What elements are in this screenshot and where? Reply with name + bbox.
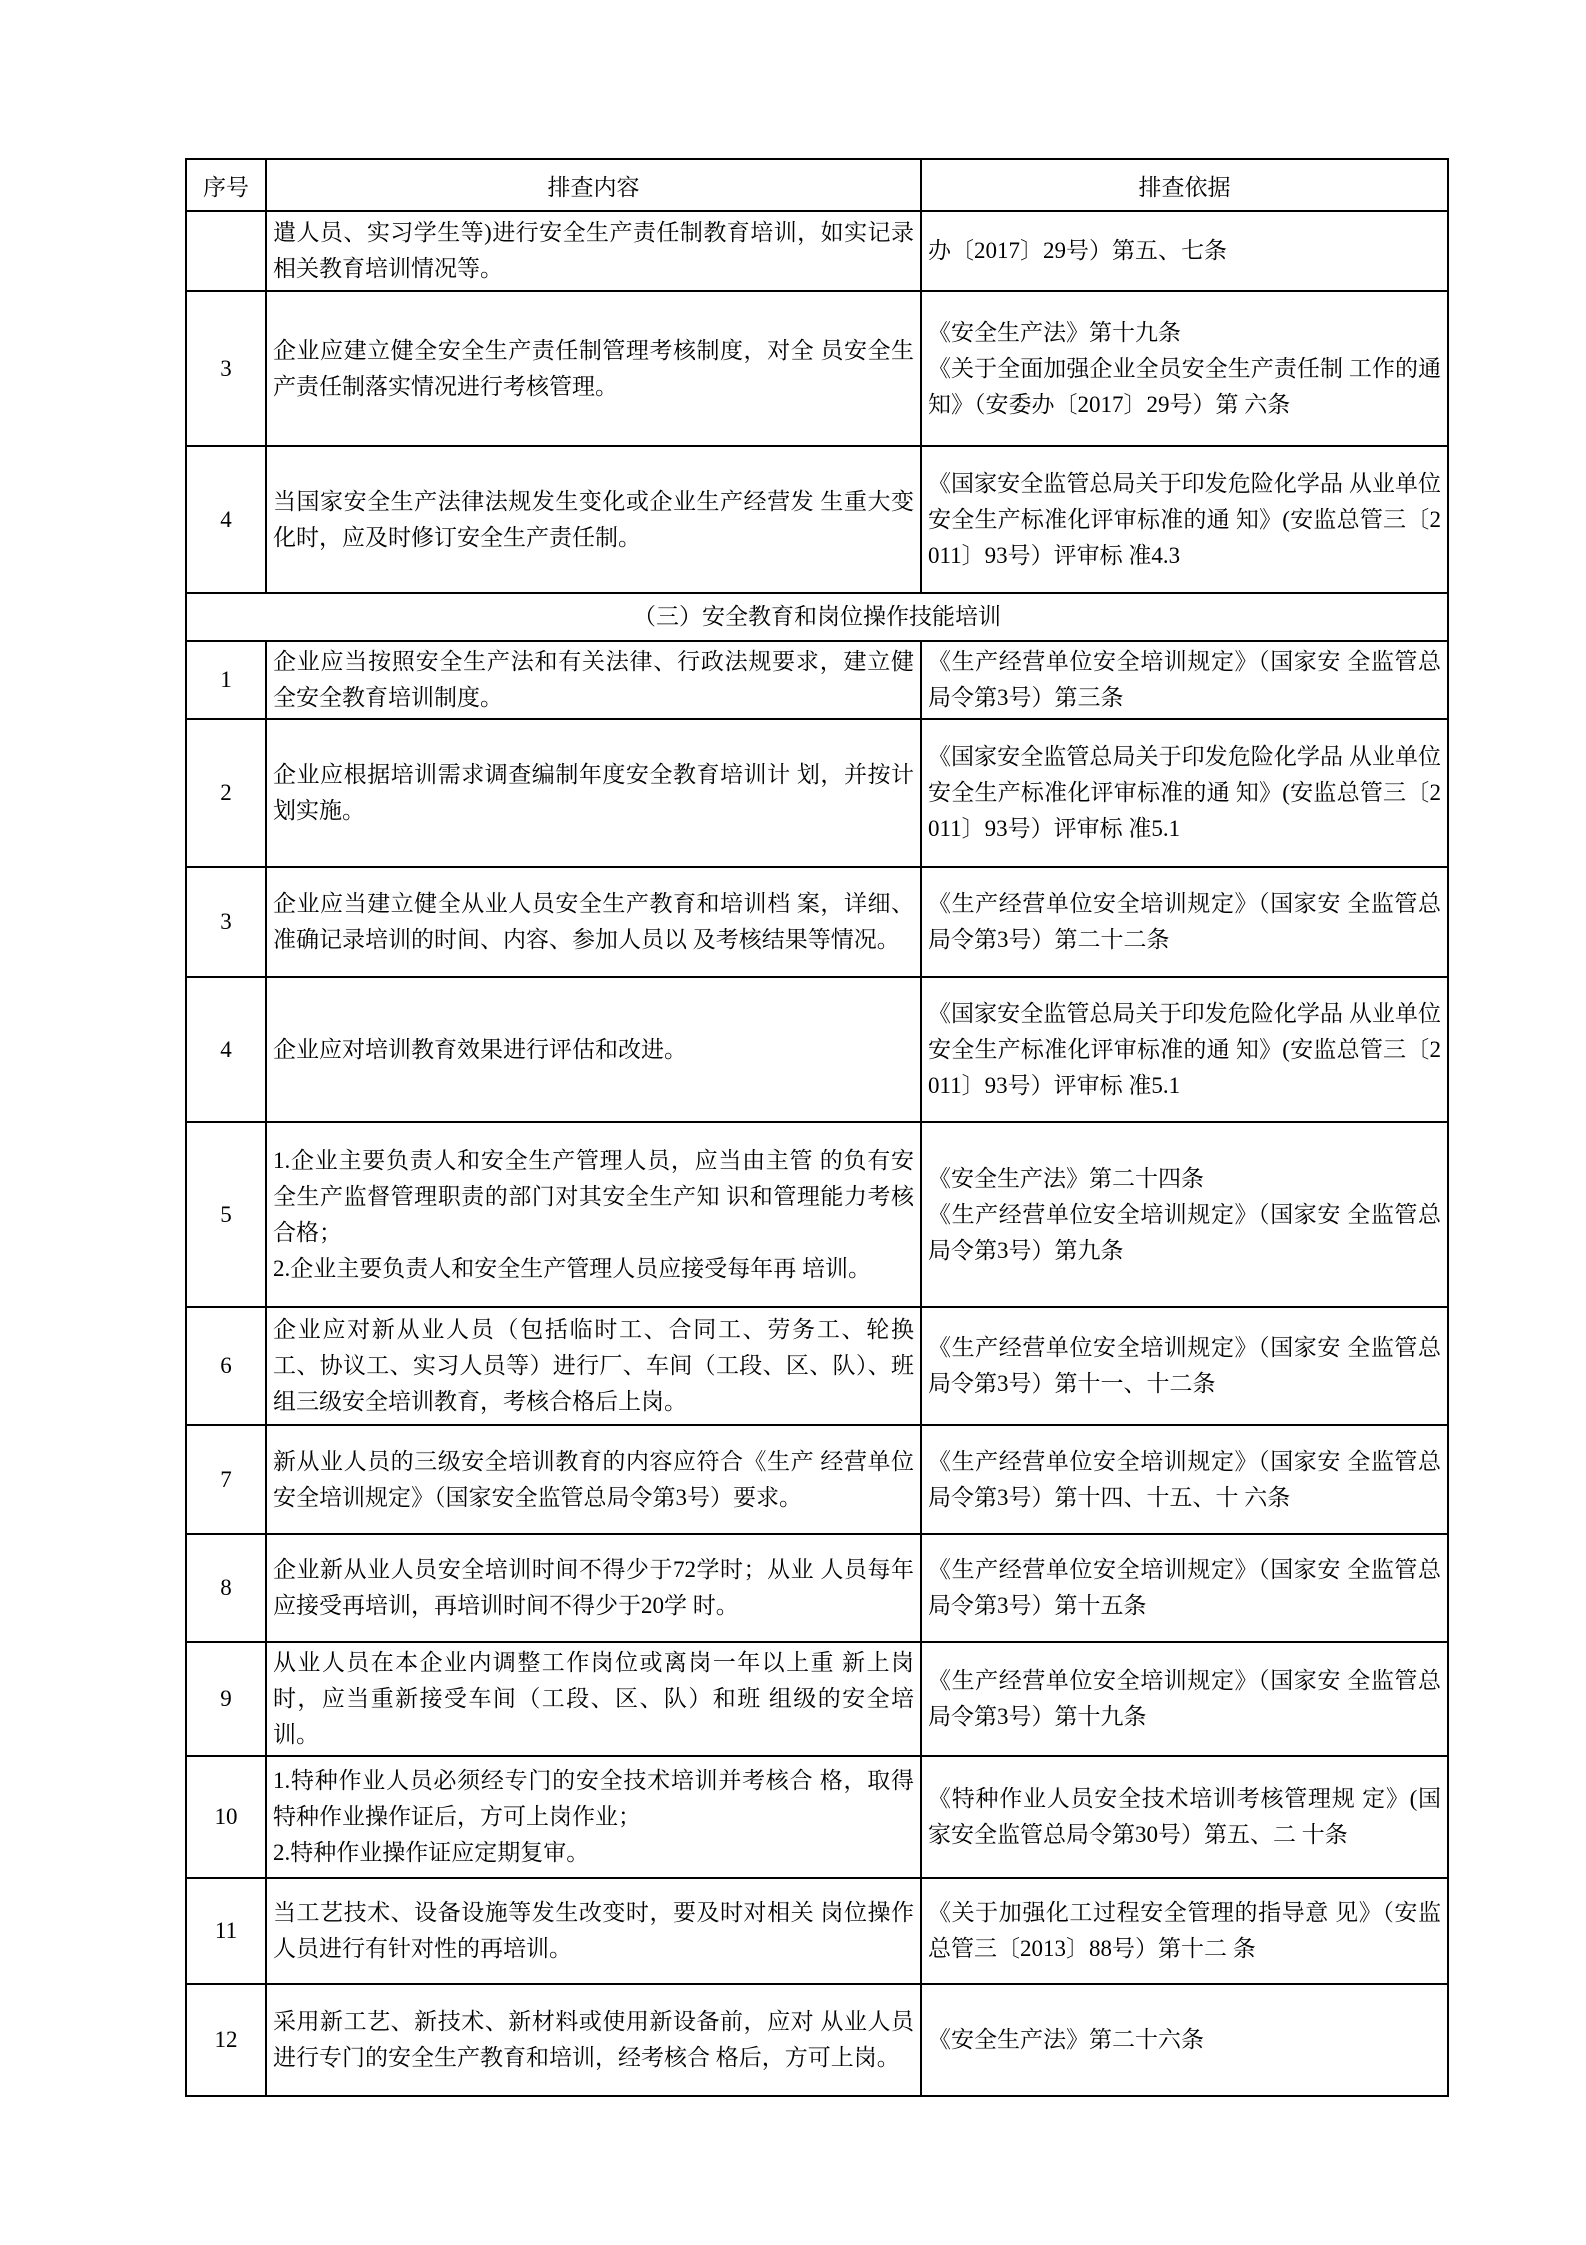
- row-number: 6: [186, 1307, 266, 1425]
- table-row: 1企业应当按照安全生产法和有关法律、行政法规要求，建立健全安全教育培训制度。《生…: [186, 641, 1448, 719]
- row-basis: 《安全生产法》第二十四条 《生产经营单位安全培训规定》（国家安 全监管总局令第3…: [921, 1122, 1448, 1307]
- row-basis: 《安全生产法》第十九条 《关于全面加强企业全员安全生产责任制 工作的通知》（安委…: [921, 291, 1448, 446]
- section-row: （三）安全教育和岗位操作技能培训: [186, 593, 1448, 641]
- row-number: 11: [186, 1878, 266, 1984]
- table-row: 11当工艺技术、设备设施等发生改变时，要及时对相关 岗位操作人员进行有针对性的再…: [186, 1878, 1448, 1984]
- row-basis: 《国家安全监管总局关于印发危险化学品 从业单位安全生产标准化评审标准的通 知》(…: [921, 446, 1448, 593]
- row-basis: 《生产经营单位安全培训规定》（国家安 全监管总局令第3号）第三条: [921, 641, 1448, 719]
- row-number: 4: [186, 977, 266, 1122]
- table-row: 51.企业主要负责人和安全生产管理人员，应当由主管 的负有安全生产监督管理职责的…: [186, 1122, 1448, 1307]
- row-number: 1: [186, 641, 266, 719]
- row-basis: 《生产经营单位安全培训规定》（国家安 全监管总局令第3号）第二十二条: [921, 867, 1448, 977]
- row-content: 企业应根据培训需求调查编制年度安全教育培训计 划，并按计划实施。: [266, 719, 921, 867]
- row-basis: 《特种作业人员安全技术培训考核管理规 定》(国家安全监管总局令第30号）第五、二…: [921, 1756, 1448, 1878]
- row-basis: 《国家安全监管总局关于印发危险化学品 从业单位安全生产标准化评审标准的通 知》(…: [921, 719, 1448, 867]
- row-content: 1.企业主要负责人和安全生产管理人员，应当由主管 的负有安全生产监督管理职责的部…: [266, 1122, 921, 1307]
- row-basis: 《生产经营单位安全培训规定》（国家安 全监管总局令第3号）第十四、十五、十 六条: [921, 1425, 1448, 1534]
- table-row: 12采用新工艺、新技术、新材料或使用新设备前，应对 从业人员进行专门的安全生产教…: [186, 1984, 1448, 2096]
- row-content: 从业人员在本企业内调整工作岗位或离岗一年以上重 新上岗时，应当重新接受车间（工段…: [266, 1642, 921, 1756]
- header-serial-number: 序号: [186, 159, 266, 211]
- header-inspection-content: 排查内容: [266, 159, 921, 211]
- row-content: 当国家安全生产法律法规发生变化或企业生产经营发 生重大变化时，应及时修订安全生产…: [266, 446, 921, 593]
- row-content: 当工艺技术、设备设施等发生改变时，要及时对相关 岗位操作人员进行有针对性的再培训…: [266, 1878, 921, 1984]
- row-number: 5: [186, 1122, 266, 1307]
- row-number: 12: [186, 1984, 266, 2096]
- table-row: 4企业应对培训教育效果进行评估和改进。《国家安全监管总局关于印发危险化学品 从业…: [186, 977, 1448, 1122]
- header-inspection-basis: 排查依据: [921, 159, 1448, 211]
- row-content: 企业应对新从业人员（包括临时工、合同工、劳务工、轮换工、协议工、实习人员等）进行…: [266, 1307, 921, 1425]
- row-content: 企业应当按照安全生产法和有关法律、行政法规要求，建立健全安全教育培训制度。: [266, 641, 921, 719]
- row-number: [186, 211, 266, 291]
- row-basis: 《关于加强化工过程安全管理的指导意 见》（安监总管三〔2013〕88号）第十二 …: [921, 1878, 1448, 1984]
- table-row: 8企业新从业人员安全培训时间不得少于72学时；从业 人员每年应接受再培训，再培训…: [186, 1534, 1448, 1642]
- row-content: 1.特种作业人员必须经专门的安全技术培训并考核合 格，取得特种作业操作证后，方可…: [266, 1756, 921, 1878]
- table-row: 3企业应建立健全安全生产责任制管理考核制度，对全 员安全生产责任制落实情况进行考…: [186, 291, 1448, 446]
- row-basis: 《生产经营单位安全培训规定》（国家安 全监管总局令第3号）第十一、十二条: [921, 1307, 1448, 1425]
- table-row: 9从业人员在本企业内调整工作岗位或离岗一年以上重 新上岗时，应当重新接受车间（工…: [186, 1642, 1448, 1756]
- row-content: 新从业人员的三级安全培训教育的内容应符合《生产 经营单位安全培训规定》（国家安全…: [266, 1425, 921, 1534]
- row-basis: 《生产经营单位安全培训规定》（国家安 全监管总局令第3号）第十五条: [921, 1534, 1448, 1642]
- row-content: 采用新工艺、新技术、新材料或使用新设备前，应对 从业人员进行专门的安全生产教育和…: [266, 1984, 921, 2096]
- table-row: 4当国家安全生产法律法规发生变化或企业生产经营发 生重大变化时，应及时修订安全生…: [186, 446, 1448, 593]
- inspection-table: 序号 排查内容 排查依据 遣人员、实习学生等)进行安全生产责任制教育培训，如实记…: [185, 158, 1449, 2097]
- row-number: 9: [186, 1642, 266, 1756]
- row-content: 遣人员、实习学生等)进行安全生产责任制教育培训，如实记录相关教育培训情况等。: [266, 211, 921, 291]
- table-row: 101.特种作业人员必须经专门的安全技术培训并考核合 格，取得特种作业操作证后，…: [186, 1756, 1448, 1878]
- document-page: 序号 排查内容 排查依据 遣人员、实习学生等)进行安全生产责任制教育培训，如实记…: [0, 0, 1586, 2245]
- row-content: 企业应建立健全安全生产责任制管理考核制度，对全 员安全生产责任制落实情况进行考核…: [266, 291, 921, 446]
- row-basis: 办〔2017〕29号）第五、七条: [921, 211, 1448, 291]
- row-number: 3: [186, 867, 266, 977]
- row-content: 企业新从业人员安全培训时间不得少于72学时；从业 人员每年应接受再培训，再培训时…: [266, 1534, 921, 1642]
- row-content: 企业应当建立健全从业人员安全生产教育和培训档 案，详细、准确记录培训的时间、内容…: [266, 867, 921, 977]
- row-content: 企业应对培训教育效果进行评估和改进。: [266, 977, 921, 1122]
- section-header: （三）安全教育和岗位操作技能培训: [186, 593, 1448, 641]
- row-number: 8: [186, 1534, 266, 1642]
- row-number: 4: [186, 446, 266, 593]
- table-row: 6企业应对新从业人员（包括临时工、合同工、劳务工、轮换工、协议工、实习人员等）进…: [186, 1307, 1448, 1425]
- table-body: 遣人员、实习学生等)进行安全生产责任制教育培训，如实记录相关教育培训情况等。办〔…: [186, 211, 1448, 2096]
- table-row: 遣人员、实习学生等)进行安全生产责任制教育培训，如实记录相关教育培训情况等。办〔…: [186, 211, 1448, 291]
- row-basis: 《国家安全监管总局关于印发危险化学品 从业单位安全生产标准化评审标准的通 知》(…: [921, 977, 1448, 1122]
- table-row: 3企业应当建立健全从业人员安全生产教育和培训档 案，详细、准确记录培训的时间、内…: [186, 867, 1448, 977]
- table-header-row: 序号 排查内容 排查依据: [186, 159, 1448, 211]
- table-row: 7新从业人员的三级安全培训教育的内容应符合《生产 经营单位安全培训规定》（国家安…: [186, 1425, 1448, 1534]
- row-basis: 《安全生产法》第二十六条: [921, 1984, 1448, 2096]
- row-number: 7: [186, 1425, 266, 1534]
- table-row: 2企业应根据培训需求调查编制年度安全教育培训计 划，并按计划实施。《国家安全监管…: [186, 719, 1448, 867]
- row-number: 3: [186, 291, 266, 446]
- row-basis: 《生产经营单位安全培训规定》（国家安 全监管总局令第3号）第十九条: [921, 1642, 1448, 1756]
- row-number: 2: [186, 719, 266, 867]
- row-number: 10: [186, 1756, 266, 1878]
